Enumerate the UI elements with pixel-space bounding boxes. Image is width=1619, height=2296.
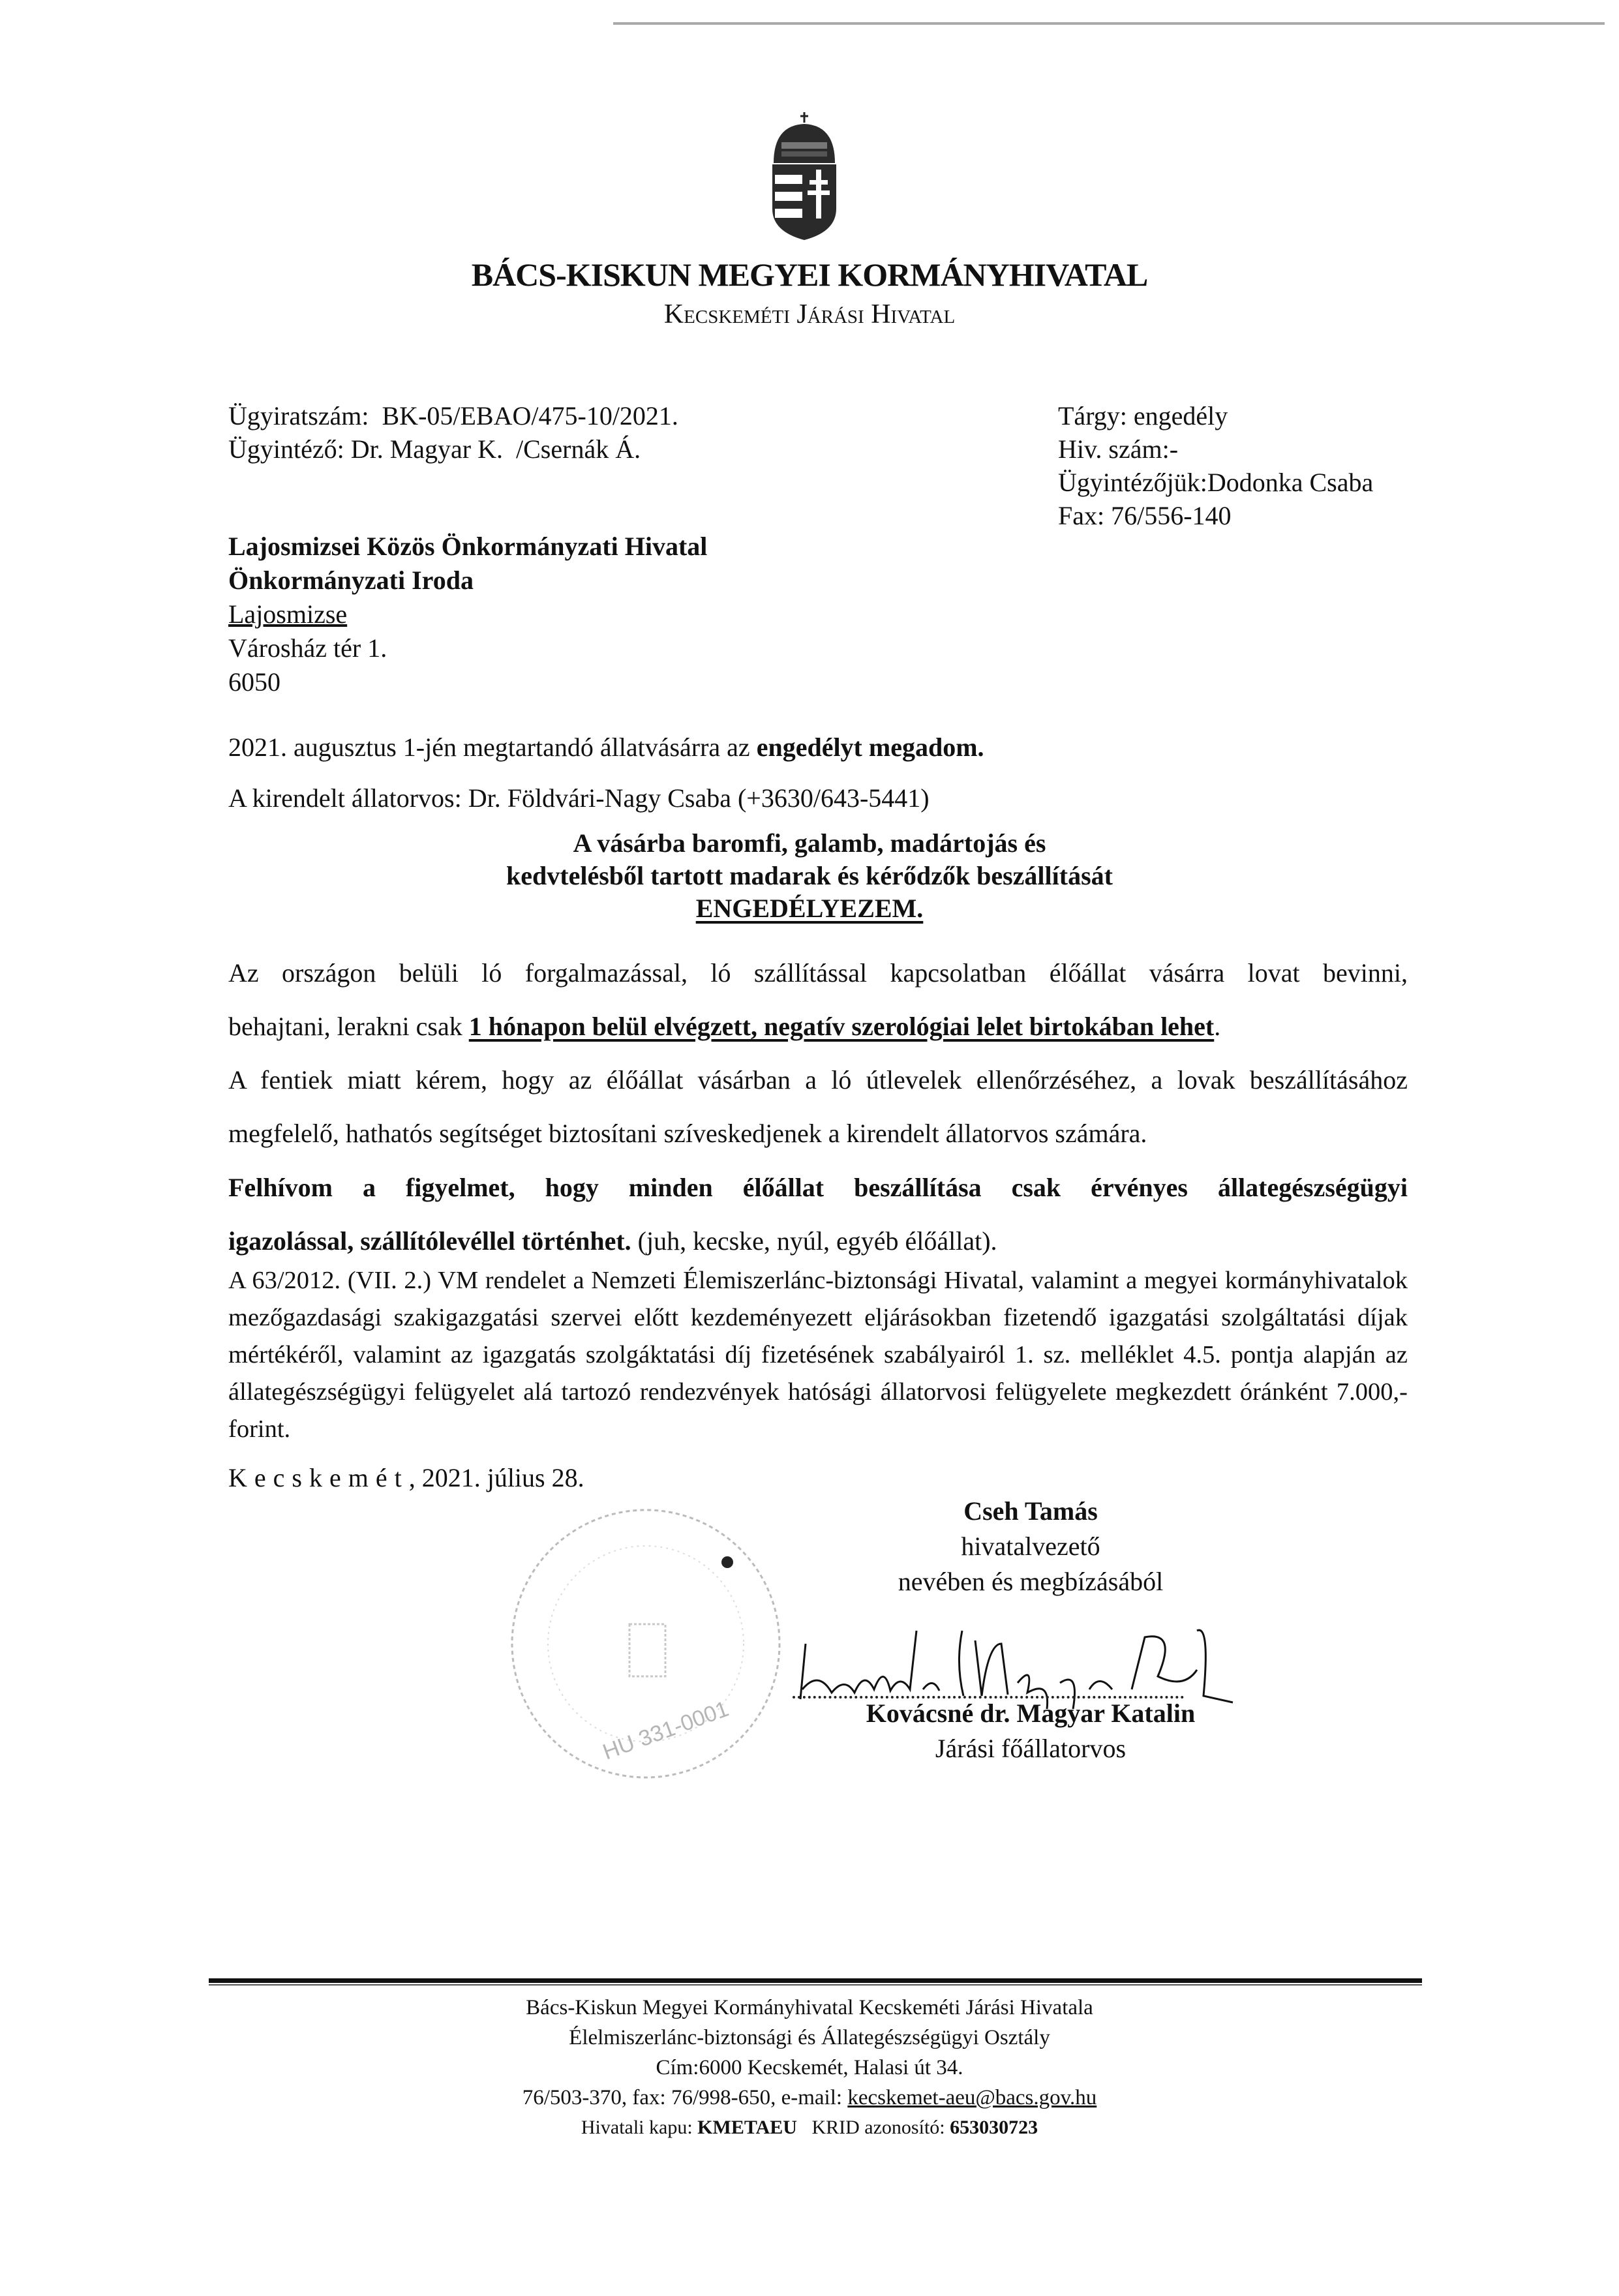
addressee-block: Lajosmizsei Közös Önkormányzati Hivatal … (228, 530, 707, 699)
their-handler-row: Ügyintézőjük:Dodonka Csaba (1058, 466, 1373, 499)
permit-statement: 2021. augusztus 1-jén megtartandó állatv… (228, 732, 984, 763)
notice-bold: igazolással, szállítólevéllel történhet. (228, 1226, 631, 1256)
fax-label: Fax: (1058, 501, 1104, 530)
signer-name: Kovácsné dr. Magyar Katalin (770, 1696, 1292, 1731)
addressee-street: Városház tér 1. (228, 631, 707, 665)
agency-title: BÁCS-KISKUN MEGYEI KORMÁNYHIVATAL (0, 256, 1619, 294)
fax-row: Fax: 76/556-140 (1058, 499, 1373, 532)
case-number-label: Ügyiratszám: (228, 401, 369, 430)
footer-address: Cím:6000 Kecskemét, Halasi út 34. (0, 2053, 1619, 2083)
horse-requirement-suffix: . (1214, 1012, 1220, 1041)
footer: Bács-Kiskun Megyei Kormányhivatal Kecske… (0, 1993, 1619, 2143)
office-head-title: hivatalvezető (770, 1529, 1292, 1564)
footer-divider-thin (209, 1984, 1422, 1986)
case-number: BK-05/EBAO/475-10/2021. (382, 401, 678, 430)
handler-row: Ügyintéző: Dr. Magyar K. /Csernák Á. (228, 432, 678, 466)
handler-label: Ügyintéző: (228, 434, 344, 464)
place-and-date: Kecskemét, 2021. július 28. (228, 1462, 584, 1493)
handler: Dr. Magyar K. /Csernák Á. (351, 434, 641, 464)
on-behalf-text: nevében és megbízásából (770, 1564, 1292, 1599)
request-line-1: A fentiek miatt kérem, hogy az élőállat … (228, 1065, 1408, 1095)
stamp-code: HU 331-0001 (599, 1697, 732, 1765)
subject-row: Tárgy: engedély (1058, 399, 1373, 432)
gate-value: KMETAEU (697, 2117, 797, 2138)
footer-ids: Hivatali kapu: KMETAEU KRID azonosító: 6… (0, 2113, 1619, 2143)
office-head-block: Cseh Tamás hivatalvezető nevében és megb… (770, 1494, 1292, 1599)
footer-office: Bács-Kiskun Megyei Kormányhivatal Kecske… (0, 1993, 1619, 2023)
subject: engedély (1134, 401, 1228, 430)
notice-line-2: igazolással, szállítólevéllel történhet.… (228, 1226, 997, 1256)
permit-text: 2021. augusztus 1-jén megtartandó állatv… (228, 733, 757, 762)
coat-of-arms-icon (768, 111, 840, 241)
gate-label: Hivatali kapu: (581, 2117, 697, 2138)
footer-divider (209, 1978, 1422, 1983)
document-meta-left: Ügyiratszám: BK-05/EBAO/475-10/2021. Ügy… (228, 399, 678, 466)
krid-label: KRID azonosító: (811, 2117, 950, 2138)
addressee-postcode: 6050 (228, 665, 707, 699)
signer-title: Járási főállatorvos (770, 1731, 1292, 1766)
authorization-line-1: A vásárba baromfi, galamb, madártojás és (0, 827, 1619, 860)
agency-subtitle: Kecskeméti Járási Hivatal (0, 299, 1619, 330)
fax: 76/556-140 (1111, 501, 1231, 530)
assigned-vet: A kirendelt állatorvos: Dr. Földvári-Nag… (228, 783, 930, 813)
case-number-row: Ügyiratszám: BK-05/EBAO/475-10/2021. (228, 399, 678, 432)
footer-contact: 76/503-370, fax: 76/998-650, e-mail: kec… (0, 2083, 1619, 2113)
reference-label: Hiv. szám: (1058, 434, 1170, 464)
krid-value: 653030723 (950, 2117, 1038, 2138)
authorization-verdict: ENGEDÉLYEZEM. (696, 894, 924, 923)
notice-line-1: Felhívom a figyelmet, hogy minden élőáll… (228, 1172, 1408, 1203)
request-line-2: megfelelő, hathatós segítséget biztosíta… (228, 1118, 1147, 1149)
their-handler-label: Ügyintézőjük: (1058, 468, 1207, 497)
horse-requirement-prefix: behajtani, lerakni csak (228, 1012, 469, 1041)
permit-granted: engedélyt megadom. (757, 733, 984, 762)
fee-regulation-paragraph: A 63/2012. (VII. 2.) VM rendelet a Nemze… (228, 1262, 1408, 1448)
signer-block: Kovácsné dr. Magyar Katalin Járási főáll… (770, 1696, 1292, 1766)
footer-email-link[interactable]: kecskemet-aeu@bacs.gov.hu (847, 2086, 1097, 2109)
addressee-city: Lajosmizse (228, 597, 707, 631)
subject-label: Tárgy: (1058, 401, 1127, 430)
horse-paragraph-line-1: Az országon belüli ló forgalmazással, ló… (228, 958, 1408, 988)
scan-artifact-line (613, 22, 1605, 25)
authorization-line-2: kedvtelésből tartott madarak és kérődzők… (0, 860, 1619, 892)
office-head-name: Cseh Tamás (770, 1494, 1292, 1529)
horse-paragraph-line-2: behajtani, lerakni csak 1 hónapon belül … (228, 1011, 1220, 1042)
addressee-department: Önkormányzati Iroda (228, 564, 707, 597)
date: , 2021. július 28. (409, 1463, 584, 1492)
reference: - (1170, 434, 1178, 464)
reference-row: Hiv. szám:- (1058, 432, 1373, 466)
notice-rest: (juh, kecske, nyúl, egyéb élőállat). (631, 1226, 997, 1256)
document-meta-right: Tárgy: engedély Hiv. szám:- Ügyintézőjük… (1058, 399, 1373, 532)
footer-phone-fax: 76/503-370, fax: 76/998-650, e-mail: (522, 2086, 848, 2109)
serology-requirement: 1 hónapon belül elvégzett, negatív szero… (469, 1012, 1215, 1041)
authorization-block: A vásárba baromfi, galamb, madártojás és… (0, 827, 1619, 925)
their-handler: Dodonka Csaba (1207, 468, 1373, 497)
addressee-office: Lajosmizsei Közös Önkormányzati Hivatal (228, 530, 707, 564)
place: Kecskemét (228, 1463, 409, 1492)
official-stamp-icon: HU 331-0001 (502, 1500, 789, 1787)
footer-department: Élelmiszerlánc-biztonsági és Állategészs… (0, 2023, 1619, 2053)
